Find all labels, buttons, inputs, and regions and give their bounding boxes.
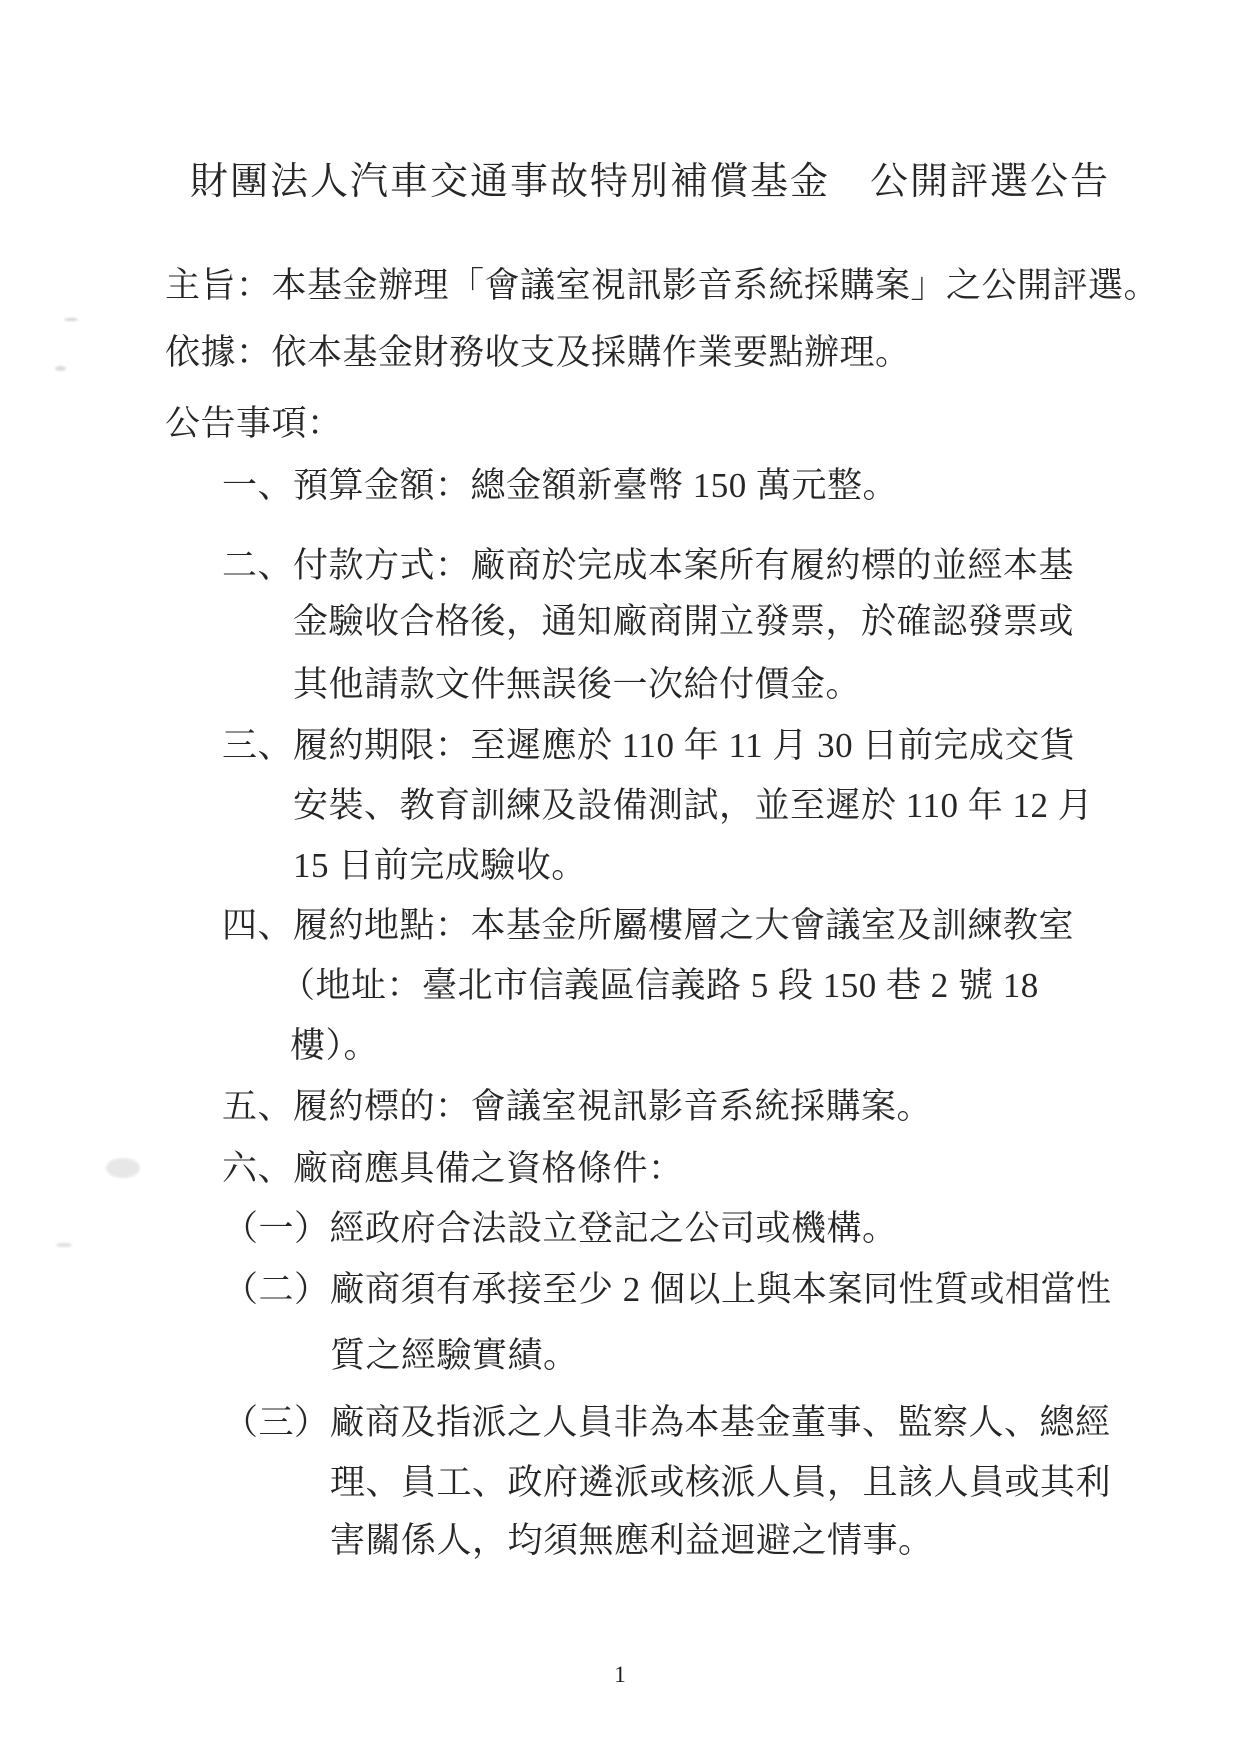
basis-line: 依據：依本基金財務收支及採購作業要點辦理。 [165,325,911,375]
item-3-line-3: 15 日前完成驗收。 [293,838,587,888]
scan-artifact [56,1243,72,1247]
document-title: 財團法人汽車交通事故特別補償基金 公開評選公告 [190,150,1110,205]
section-header: 公告事項： [165,396,343,446]
sub-item-3-line-1: （三）廠商及指派之人員非為本基金董事、監察人、總經 [223,1395,1111,1445]
scan-artifact [106,1158,140,1178]
item-4-line-2: （地址：臺北市信義區信義路 5 段 150 巷 2 號 18 [280,958,1039,1008]
sub-item-3-line-2: 理、員工、政府遴派或核派人員，且該人員或其利 [330,1455,1111,1505]
sub-item-2-line-1: （二）廠商須有承接至少 2 個以上與本案同性質或相當性 [223,1262,1112,1312]
item-6-line-1: 六、廠商應具備之資格條件： [222,1141,684,1191]
subject-line: 主旨：本基金辦理「會議室視訊影音系統採購案」之公開評選。 [165,258,1159,308]
sub-item-3-line-3: 害關係人，均須無應利益迴避之情事。 [330,1513,934,1563]
item-5-line-1: 五、履約標的：會議室視訊影音系統採購案。 [222,1079,932,1129]
item-1-line-1: 一、預算金額：總金額新臺幣 150 萬元整。 [222,458,898,508]
sub-item-2-line-2: 質之經驗實績。 [330,1328,579,1378]
item-2-line-2: 金驗收合格後，通知廠商開立發票，於確認發票或 [293,594,1074,644]
sub-item-1-line-1: （一）經政府合法設立登記之公司或機構。 [223,1201,898,1251]
item-4-line-1: 四、履約地點：本基金所屬樓層之大會議室及訓練教室 [222,898,1074,948]
item-3-line-1: 三、履約期限：至遲應於 110 年 11 月 30 日前完成交貨 [222,718,1075,768]
item-2-line-3: 其他請款文件無誤後一次給付價金。 [293,657,861,707]
item-4-line-3: 樓）。 [290,1018,379,1068]
item-2-line-1: 二、付款方式：廠商於完成本案所有履約標的並經本基 [222,538,1074,588]
scan-artifact [64,318,78,321]
document-page: 財團法人汽車交通事故特別補償基金 公開評選公告 主旨：本基金辦理「會議室視訊影音… [0,0,1240,1755]
item-3-line-2: 安裝、教育訓練及設備測試，並至遲於 110 年 12 月 [293,778,1093,828]
scan-artifact [55,366,66,371]
page-number: 1 [0,1662,1240,1688]
